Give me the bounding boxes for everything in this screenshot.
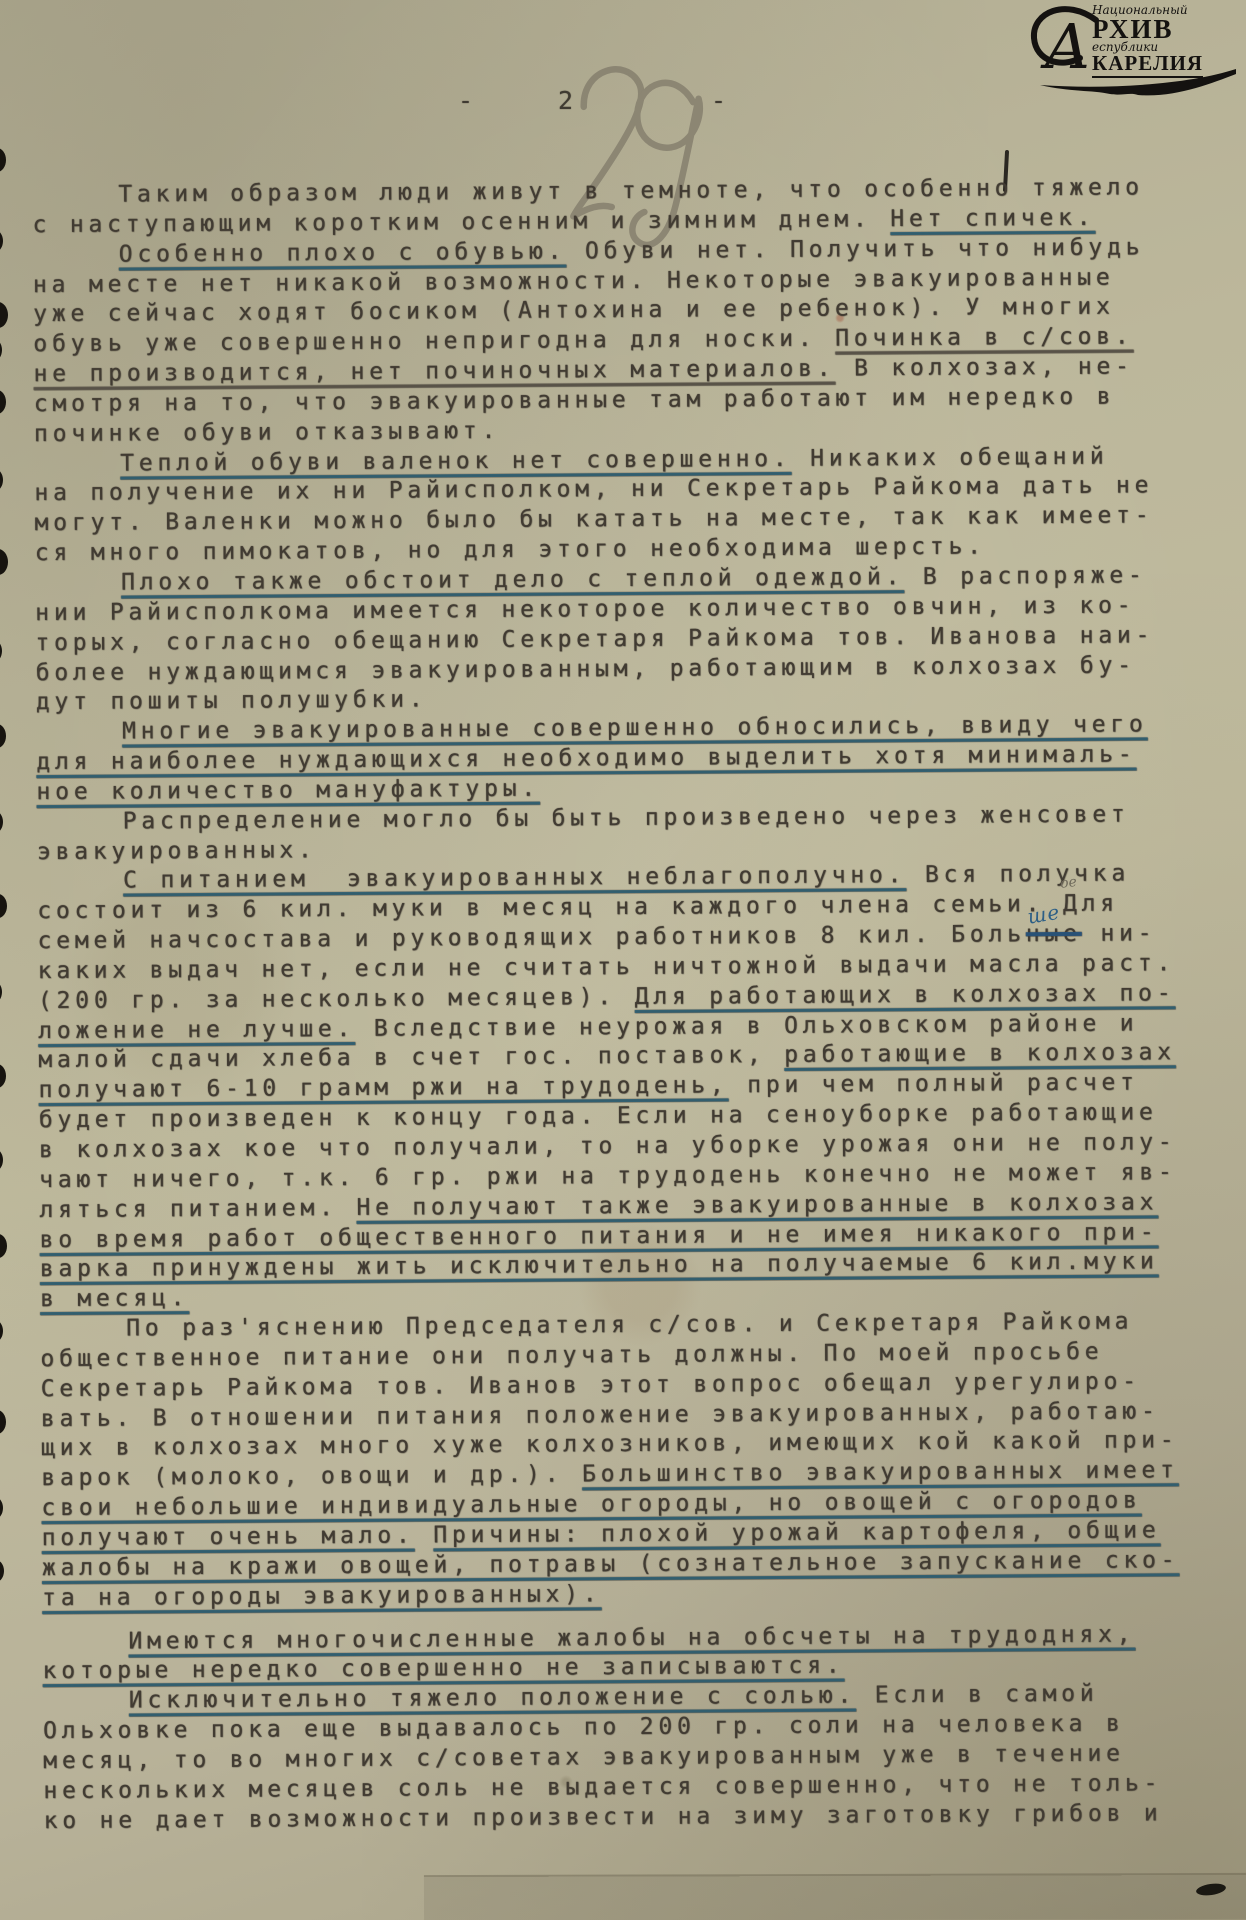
- underlined-text: получают очень мало.: [42, 1523, 415, 1552]
- underlined-text: ложение не лучше.: [38, 1016, 355, 1044]
- underlined-text: Теплой обуви валенок нет совершенно.: [120, 445, 791, 476]
- page-number-dash-left: -: [458, 86, 473, 115]
- typed-text: обувь уже совершенно непригодна для носк…: [33, 326, 835, 358]
- page-number-value: 2: [558, 86, 573, 115]
- typed-text: с наступающим коротким осенним и зимним …: [32, 206, 890, 238]
- underlined-text: Особенно плохо с обувью.: [119, 238, 567, 267]
- handwritten-pencil-note: ое: [1059, 874, 1077, 892]
- struck-text: ныеше: [1026, 921, 1082, 947]
- typed-text: при чем полный расчет: [728, 1070, 1138, 1099]
- underlined-text: Исключительно тяжело положение с солью.: [129, 1683, 856, 1714]
- typed-text: ся много пимокатов, но для этого необход…: [35, 534, 986, 567]
- typed-text: Вся получка: [906, 861, 1130, 889]
- archive-stamp-text: Национальный РХИВ еспублики КАРЕЛИЯ: [1092, 4, 1203, 78]
- typed-text: Обуви нет. Получить что нибудь: [566, 234, 1144, 264]
- underlined-text: получают 6-10 грамм ржи на трудодень,: [38, 1073, 728, 1104]
- typed-text: По раз'яснению Председателя с/сов. и Сек…: [126, 1309, 1133, 1342]
- typed-text: В распоряже-: [904, 562, 1147, 590]
- typed-text: (200 гр. за несколько месяцев).: [38, 984, 635, 1014]
- typed-text: ляться питанием.: [39, 1195, 356, 1223]
- typed-text: починке обуви отказывают.: [34, 418, 500, 447]
- quill-icon: [1040, 68, 1236, 96]
- document-body: Таким образом люди живут в темноте, что …: [32, 174, 1234, 1838]
- typed-text: [415, 1522, 434, 1548]
- scanned-document-page: { "archive_stamp": { "monogram": "А", "l…: [0, 0, 1246, 1920]
- typed-text: Вследствие неурожая в Ольховском районе …: [355, 1010, 1138, 1041]
- typed-text: В колхозах, не-: [835, 354, 1134, 382]
- underlined-text: Большинство эвакуированных имеет: [582, 1457, 1179, 1487]
- underlined-text: в месяц.: [40, 1285, 189, 1312]
- underlined-text: Не получают также эвакуированные в колхо…: [356, 1189, 1158, 1221]
- typed-text: Если в самой: [856, 1681, 1099, 1709]
- typed-text: ни-: [1082, 920, 1157, 947]
- typed-text: состоит из 6 кил. муки в месяц на каждог…: [37, 891, 1044, 924]
- underlined-text: Для работающих в колхозах по-: [635, 980, 1176, 1010]
- typed-page-number: - 2 -: [458, 86, 728, 116]
- archive-stamp-line2: РХИВ: [1092, 16, 1203, 43]
- underlined-text: та на огороды эвакуированных).: [42, 1581, 602, 1611]
- typed-text: семей начсостава и руководящих работнико…: [37, 921, 1025, 954]
- handwritten-ink-correction: ше: [1026, 900, 1062, 929]
- page-number-dash-right: -: [711, 86, 726, 115]
- underlined-text: Нет спичек.: [890, 205, 1095, 232]
- typed-text: дут пошиты полушубки.: [36, 687, 428, 716]
- typed-text: Таким образом люди живут в темноте, что …: [118, 174, 1144, 207]
- underlined-text: Плохо также обстоит дело с теплой одеждо…: [121, 564, 904, 595]
- underlined-text: Имеются многочисленные жалобы на обсчеты…: [128, 1621, 1135, 1654]
- archive-stamp: А Национальный РХИВ еспублики КАРЕЛИЯ: [1026, 4, 1240, 96]
- underlined-text: не производится, нет починочных материал…: [33, 356, 835, 388]
- typed-text: варок (молоко, овощи и др.).: [41, 1462, 582, 1492]
- underlined-text: Многие эвакуированные совершенно обносил…: [122, 712, 1148, 745]
- page-bottom-edge: [424, 1873, 1246, 1920]
- underlined-text: работающие в колхозах: [784, 1040, 1176, 1069]
- typed-text: эвакуированных.: [37, 837, 317, 865]
- underlined-text: Починка в с/сов.: [835, 324, 1134, 352]
- torn-edge-artifacts: [0, 0, 7, 20]
- underlined-text: которые нередко совершенно не записывают…: [43, 1653, 845, 1685]
- underlined-text: С питанием эвакуированных неблагополучно…: [123, 862, 906, 893]
- typed-text: Никаких обещаний: [791, 443, 1108, 471]
- underlined-text: ное количество мануфактуры.: [36, 776, 540, 806]
- typed-text: малой сдачи хлеба в счет гос. поставок,: [38, 1042, 784, 1073]
- underlined-text: Причины: плохой урожай картофеля, общие: [433, 1517, 1160, 1548]
